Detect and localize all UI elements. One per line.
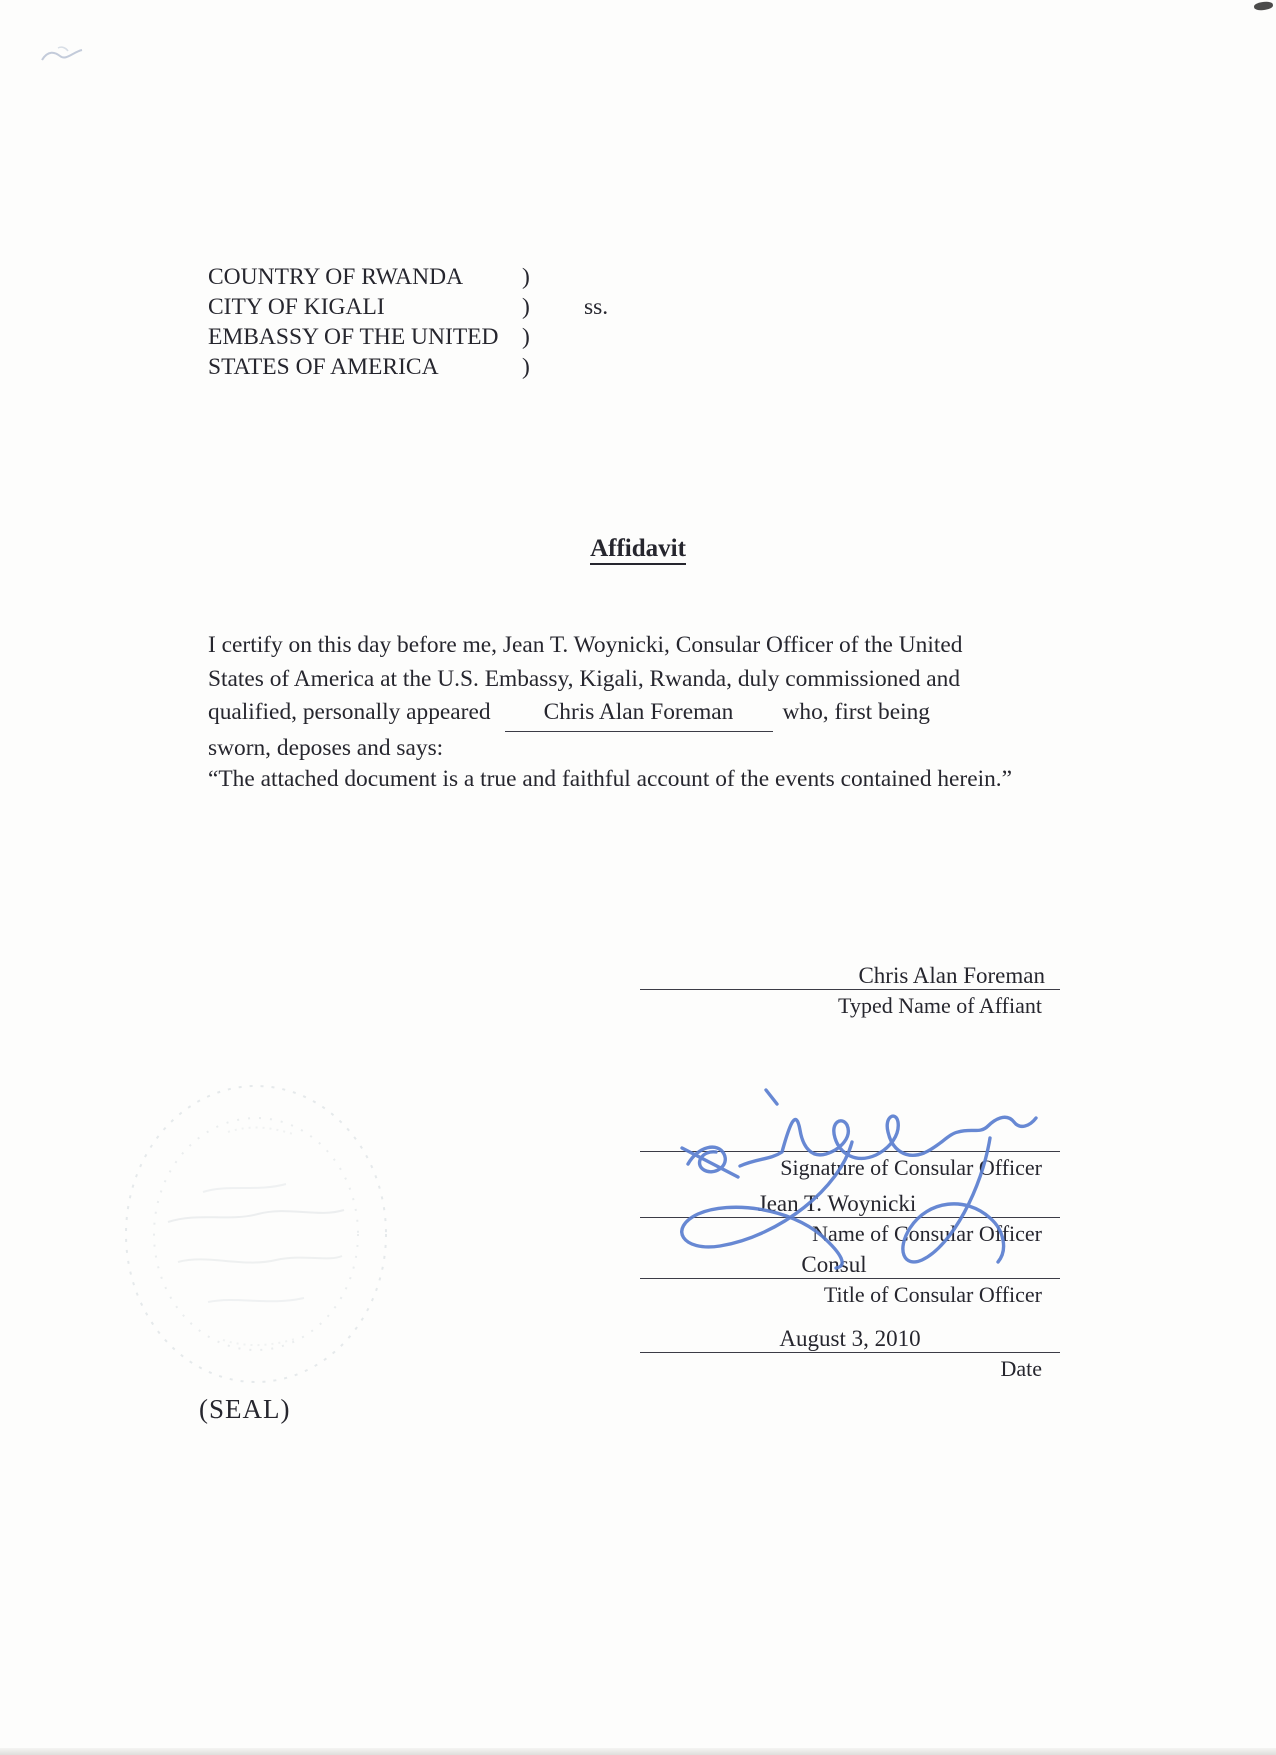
venue-line-city: CITY OF KIGALI — [208, 292, 522, 322]
handwritten-signature — [590, 1078, 1090, 1278]
signature-rule-line — [640, 1352, 1060, 1353]
document-title: Affidavit — [0, 535, 1276, 563]
officer-title-label: Title of Consular Officer — [640, 1282, 1060, 1308]
paragraph-line: sworn, deposes and says: — [208, 732, 962, 766]
signature-rule-line — [640, 1278, 1060, 1279]
paragraph-line: States of America at the U.S. Embassy, K… — [208, 663, 962, 697]
paragraph-line: I certify on this day before me, Jean T.… — [208, 629, 962, 663]
paren-mark: ) — [522, 262, 584, 292]
venue-line-states: STATES OF AMERICA — [208, 352, 522, 382]
paren-mark: ) — [522, 352, 584, 382]
header-row: EMBASSY OF THE UNITED ) — [208, 322, 608, 352]
typed-name-value: Chris Alan Foreman — [640, 958, 1060, 989]
header-row: STATES OF AMERICA ) — [208, 352, 608, 382]
typed-name-row: Chris Alan Foreman Typed Name of Affiant — [640, 958, 1060, 1019]
venue-line-country: COUNTRY OF RWANDA — [208, 262, 522, 292]
certification-paragraph: I certify on this day before me, Jean T.… — [208, 629, 962, 765]
paren-mark: ) — [522, 292, 584, 322]
ss-abbrev: ss. — [584, 292, 608, 322]
date-label: Date — [640, 1356, 1060, 1382]
scan-bottom-edge — [0, 1748, 1276, 1755]
affidavit-page: COUNTRY OF RWANDA ) CITY OF KIGALI ) ss.… — [0, 0, 1276, 1755]
header-row: COUNTRY OF RWANDA ) — [208, 262, 608, 292]
line3-prefix: qualified, personally appeared — [208, 699, 491, 725]
line3-suffix: who, first being — [783, 699, 930, 725]
embossed-seal — [108, 1072, 408, 1402]
venue-caption-block: COUNTRY OF RWANDA ) CITY OF KIGALI ) ss.… — [208, 262, 608, 382]
scan-edge-mark — [1254, 1, 1274, 11]
affiant-name-blank: Chris Alan Foreman — [505, 696, 773, 732]
pen-tick — [766, 1090, 777, 1104]
signature-rule-line — [640, 989, 1060, 990]
document-title-text: Affidavit — [590, 535, 686, 565]
paren-mark: ) — [522, 322, 584, 352]
pen-squiggle-mark — [38, 40, 92, 70]
typed-name-label: Typed Name of Affiant — [640, 993, 1060, 1019]
header-row: CITY OF KIGALI ) ss. — [208, 292, 608, 322]
date-value: August 3, 2010 — [640, 1321, 1060, 1352]
venue-line-embassy: EMBASSY OF THE UNITED — [208, 322, 522, 352]
paragraph-line: qualified, personally appearedChris Alan… — [208, 696, 962, 732]
date-row: August 3, 2010 Date — [640, 1321, 1060, 1382]
sworn-statement-quote: “The attached document is a true and fai… — [208, 766, 1012, 793]
